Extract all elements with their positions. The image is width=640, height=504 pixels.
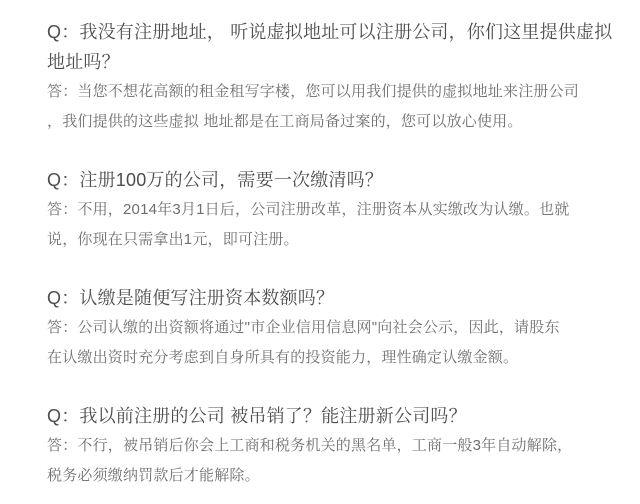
qa-section: Q：认缴是随便写注册资本数额吗？ 答：公司认缴的出资额将通过"市企业信用信息网"… — [47, 283, 602, 373]
qa-section: Q：注册100万的公司，需要一次缴清吗？ 答：不用，2014年3月1日后，公司注… — [47, 165, 602, 255]
faq-answer-line: 说，你现在只需拿出1元，即可注册。 — [47, 225, 602, 255]
faq-question-line: Q：注册100万的公司，需要一次缴清吗？ — [47, 165, 602, 195]
faq-question: Q：注册100万的公司，需要一次缴清吗？ — [47, 165, 602, 195]
faq-question-line: Q：认缴是随便写注册资本数额吗？ — [47, 283, 602, 313]
faq-answer-line: 税务必须缴纳罚款后才能解除。 — [47, 461, 602, 491]
faq-question-line: 地址吗？ — [47, 47, 602, 77]
faq-answer-line: 在认缴出资时充分考虑到自身所具有的投资能力，理性确定认缴金额。 — [47, 343, 602, 373]
faq-answer-line: 答：不行，被吊销后你会上工商和税务机关的黑名单，工商一般3年自动解除， — [47, 431, 602, 461]
faq-question-line: Q：我以前注册的公司 被吊销了？能注册新公司吗？ — [47, 401, 602, 431]
faq-content: Q：我没有注册地址， 听说虚拟地址可以注册公司，你们这里提供虚拟 地址吗？ 答：… — [0, 0, 640, 491]
faq-page: Q：我没有注册地址， 听说虚拟地址可以注册公司，你们这里提供虚拟 地址吗？ 答：… — [0, 0, 640, 504]
faq-answer: 答：不行，被吊销后你会上工商和税务机关的黑名单，工商一般3年自动解除， 税务必须… — [47, 431, 602, 491]
faq-question: Q：我以前注册的公司 被吊销了？能注册新公司吗？ — [47, 401, 602, 431]
faq-question: Q：我没有注册地址， 听说虚拟地址可以注册公司，你们这里提供虚拟 地址吗？ — [47, 17, 602, 77]
faq-question: Q：认缴是随便写注册资本数额吗？ — [47, 283, 602, 313]
faq-question-line: Q：我没有注册地址， 听说虚拟地址可以注册公司，你们这里提供虚拟 — [47, 17, 602, 47]
faq-answer-line: 答：不用，2014年3月1日后，公司注册改革，注册资本从实缴改为认缴。也就 — [47, 195, 602, 225]
faq-answer-line: 答：公司认缴的出资额将通过"市企业信用信息网"向社会公示，因此，请股东 — [47, 313, 602, 343]
faq-answer: 答：当您不想花高额的租金租写字楼，您可以用我们提供的虚拟地址来注册公司 ，我们提… — [47, 77, 602, 137]
faq-answer: 答：公司认缴的出资额将通过"市企业信用信息网"向社会公示，因此，请股东 在认缴出… — [47, 313, 602, 373]
faq-answer: 答：不用，2014年3月1日后，公司注册改革，注册资本从实缴改为认缴。也就 说，… — [47, 195, 602, 255]
qa-section: Q：我以前注册的公司 被吊销了？能注册新公司吗？ 答：不行，被吊销后你会上工商和… — [47, 401, 602, 491]
faq-answer-line: ，我们提供的这些虚拟 地址都是在工商局备过案的，您可以放心使用。 — [47, 107, 602, 137]
qa-section: Q：我没有注册地址， 听说虚拟地址可以注册公司，你们这里提供虚拟 地址吗？ 答：… — [47, 17, 602, 137]
faq-answer-line: 答：当您不想花高额的租金租写字楼，您可以用我们提供的虚拟地址来注册公司 — [47, 77, 602, 107]
